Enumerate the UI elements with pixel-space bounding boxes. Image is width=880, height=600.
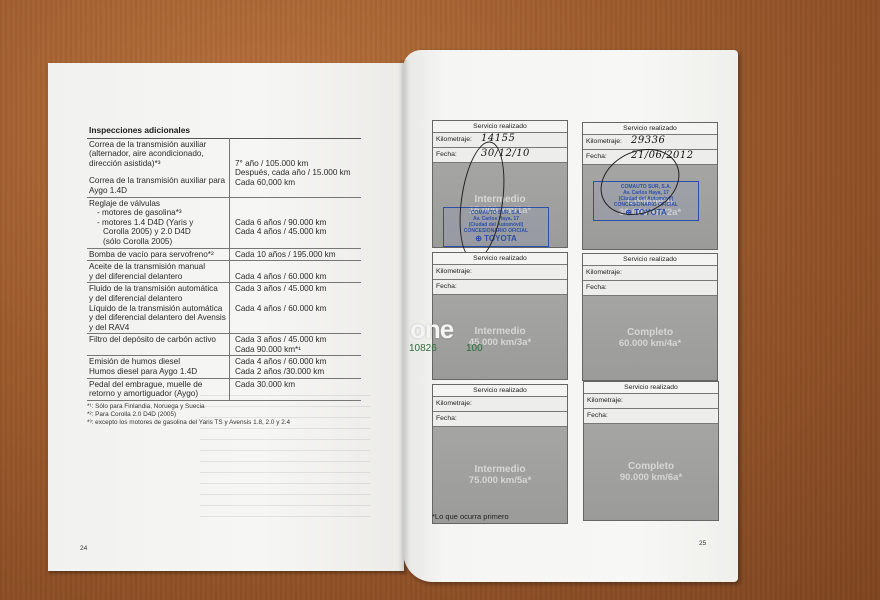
date-field[interactable]: Fecha: <box>584 409 718 424</box>
mileage-label: Kilometraje: <box>586 269 622 276</box>
table-row: Reglaje de válvulas- motores de gasolina… <box>87 197 361 248</box>
item-line: y del RAV4 <box>89 323 227 333</box>
mileage-field[interactable]: Kilometraje: <box>584 394 718 409</box>
service-header: Servicio realizado <box>583 254 717 266</box>
date-label: Fecha: <box>436 283 457 290</box>
footnote-first-occurrence: *Lo que ocurra primero <box>432 512 509 521</box>
item-line: Aygo 1.4D <box>89 186 227 196</box>
item-line: Pedal del embrague, muelle de <box>89 380 227 390</box>
item-line: Aceite de la transmisión manual <box>89 262 227 272</box>
service-type: Intermedio <box>474 326 525 337</box>
inspection-item: Filtro del depósito de carbón activo <box>87 334 229 356</box>
item-line: Reglaje de válvulas <box>89 199 227 209</box>
section-heading: Inspecciones adicionales <box>89 126 361 136</box>
table-row: Fluido de la transmisión automáticay del… <box>87 283 361 334</box>
table-row: Correa de la transmisión auxiliar(altern… <box>87 138 361 197</box>
table-row: Bomba de vacío para servofreno*²Cada 10 … <box>87 248 361 261</box>
service-type: Intermedio <box>474 464 525 475</box>
mileage-label: Kilometraje: <box>436 268 472 275</box>
date-label: Fecha: <box>436 415 457 422</box>
interval-line: 7° año / 105.000 km <box>235 159 359 169</box>
interval-line: Cada 4 años / 60.000 km <box>235 272 359 282</box>
mileage-field[interactable]: Kilometraje: <box>433 397 567 412</box>
item-line: - motores 1.4 D4D (Yaris y <box>89 218 227 228</box>
interval-line: Después, cada año / 15.000 km <box>235 168 359 178</box>
item-line: Emisión de humos diesel <box>89 357 227 367</box>
mileage-label: Kilometraje: <box>436 136 472 143</box>
mileage-field[interactable]: Kilometraje: <box>583 266 717 281</box>
service-type: Completo <box>628 461 674 472</box>
service-record-box: Servicio realizado Kilometraje: Fecha: I… <box>432 384 568 524</box>
item-line: Filtro del depósito de carbón activo <box>89 335 227 345</box>
interval-line <box>235 149 359 159</box>
watermark-code-left: 10826 <box>409 343 437 354</box>
service-record-box: Servicio realizado Kilometraje: Fecha: C… <box>583 381 719 521</box>
item-line: Bomba de vacío para servofreno*² <box>89 250 227 260</box>
service-header: Servicio realizado <box>584 382 718 394</box>
service-type: Completo <box>627 327 673 338</box>
mileage-field[interactable]: Kilometraje: <box>433 265 567 280</box>
service-record-box: Servicio realizado Kilometraje:29336 Fec… <box>582 122 718 250</box>
service-interval: 75.000 km/5a* <box>469 475 531 486</box>
interval-line: Cada 3 años / 45.000 km <box>235 284 359 294</box>
date-label: Fecha: <box>586 153 607 160</box>
mileage-label: Kilometraje: <box>587 397 623 404</box>
interval-line <box>235 262 359 272</box>
interval-line: Cada 4 años / 60.000 km <box>235 357 359 367</box>
item-line: y del diferencial delantero <box>89 272 227 282</box>
interval-line <box>235 208 359 218</box>
interval-line: Cada 30.000 km <box>235 380 359 390</box>
interval-line <box>235 140 359 150</box>
service-record-box: Servicio realizado Kilometraje:14155 Fec… <box>432 120 568 248</box>
inspection-item: Bomba de vacío para servofreno*² <box>87 248 229 261</box>
service-header: Servicio realizado <box>433 385 567 397</box>
inspection-interval: Cada 6 años / 90.000 kmCada 4 años / 45.… <box>229 197 361 248</box>
date-field[interactable]: Fecha: <box>433 412 567 427</box>
interval-line <box>235 199 359 209</box>
date-field[interactable]: Fecha: <box>433 280 567 295</box>
inspection-item: Emisión de humos dieselHumos diesel para… <box>87 356 229 378</box>
inspection-interval: Cada 3 años / 45.000 kmCada 4 años / 60.… <box>229 283 361 334</box>
interval-line: Cada 10 años / 195.000 km <box>235 250 359 260</box>
inspection-item: Correa de la transmisión auxiliar(altern… <box>87 138 229 197</box>
interval-line: Cada 3 años / 45.000 km <box>235 335 359 345</box>
item-line: (sólo Corolla 2005) <box>89 237 227 247</box>
interval-line: Cada 6 años / 90.000 km <box>235 218 359 228</box>
service-type-panel: Completo 90.000 km/6a* <box>584 424 718 520</box>
mileage-value: 29336 <box>631 134 665 148</box>
item-line: y del diferencial delantero del Avensis <box>89 313 227 323</box>
interval-line: Cada 2 años /30.000 km <box>235 367 359 377</box>
table-row: Aceite de la transmisión manualy del dif… <box>87 261 361 283</box>
item-line: Fluido de la transmisión automática <box>89 284 227 294</box>
mileage-label: Kilometraje: <box>436 400 472 407</box>
interval-line: Cada 4 años / 45.000 km <box>235 227 359 237</box>
date-label: Fecha: <box>587 412 608 419</box>
service-type-panel: Intermedio 75.000 km/5a* <box>433 427 567 523</box>
date-label: Fecha: <box>436 151 457 158</box>
inspection-interval: Cada 3 años / 45.000 kmCada 90.000 km*¹ <box>229 334 361 356</box>
table-row: Filtro del depósito de carbón activoCada… <box>87 334 361 356</box>
item-line: - motores de gasolina*³ <box>89 208 227 218</box>
mileage-field[interactable]: Kilometraje:14155 <box>433 133 567 148</box>
item-line: Correa de la transmisión auxiliar <box>89 140 227 150</box>
item-line <box>89 168 227 176</box>
item-line: Humos diesel para Aygo 1.4D <box>89 367 227 377</box>
inspection-interval: Cada 4 años / 60.000 kmCada 2 años /30.0… <box>229 356 361 378</box>
interval-line: Cada 90.000 km*¹ <box>235 345 359 355</box>
interval-line: Cada 4 años / 60.000 km <box>235 304 359 314</box>
page-number-right: 25 <box>699 540 706 547</box>
item-line: Líquido de la transmisión automática <box>89 304 227 314</box>
inspection-interval: Cada 10 años / 195.000 km <box>229 248 361 261</box>
date-field[interactable]: Fecha: <box>583 281 717 296</box>
table-row: Emisión de humos dieselHumos diesel para… <box>87 356 361 378</box>
service-interval: 60.000 km/4a* <box>619 338 681 349</box>
service-record-box: Servicio realizado Kilometraje: Fecha: C… <box>582 253 718 381</box>
service-interval: 90.000 km/6a* <box>620 472 682 483</box>
inspection-interval: 7° año / 105.000 kmDespués, cada año / 1… <box>229 138 361 197</box>
item-line: y del diferencial delantero <box>89 294 227 304</box>
inspection-item: Reglaje de válvulas- motores de gasolina… <box>87 197 229 248</box>
watermark-code-right: 100 <box>466 343 483 354</box>
mileage-label: Kilometraje: <box>586 138 622 145</box>
interval-line: Cada 60,000 km <box>235 178 359 188</box>
inspection-item: Aceite de la transmisión manualy del dif… <box>87 261 229 283</box>
item-line: dirección asistida)*³ <box>89 159 227 169</box>
service-header: Servicio realizado <box>433 253 567 265</box>
show-through-text <box>200 395 370 525</box>
item-line: Corolla 2005) y 2.0 D4D <box>89 227 227 237</box>
inspection-item: Fluido de la transmisión automáticay del… <box>87 283 229 334</box>
date-label: Fecha: <box>586 284 607 291</box>
book-spine <box>398 60 410 575</box>
item-line: (alternador, aire acondicionado, <box>89 149 227 159</box>
one-logo-watermark: one <box>410 318 453 340</box>
item-line: Correa de la transmisión auxiliar para <box>89 176 227 186</box>
inspection-interval: Cada 4 años / 60.000 km <box>229 261 361 283</box>
service-type-panel: Completo 60.000 km/4a* <box>583 296 717 380</box>
additional-inspections-table: Inspecciones adicionales Correa de la tr… <box>87 126 361 427</box>
page-number-left: 24 <box>80 545 87 552</box>
inspection-table: Correa de la transmisión auxiliar(altern… <box>87 138 361 401</box>
interval-line <box>235 294 359 304</box>
